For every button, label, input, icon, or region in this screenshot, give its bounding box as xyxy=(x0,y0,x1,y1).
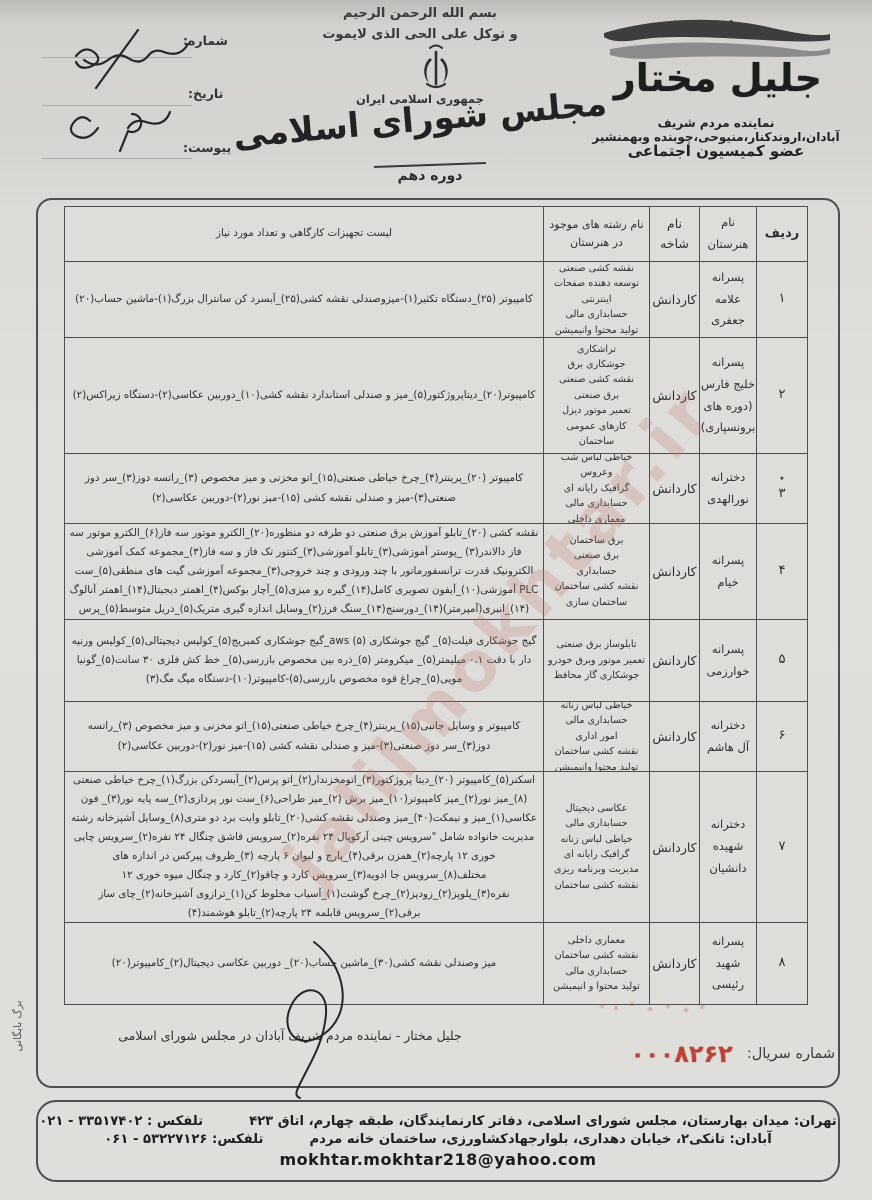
column-header: ردیف xyxy=(757,207,807,261)
table-header-row: ردیفنام هنرستاننام شاخهنام رشته های موجو… xyxy=(65,207,807,261)
table-row: ۶دخترانه آل هاشمکاردانشخیاطی لباس زنانه … xyxy=(65,702,807,771)
branch-name: کاردانش xyxy=(650,923,699,1004)
equipment-list: گیج جوشکاری فیلت(۵)_ گیج جوشکاری aws (۵)… xyxy=(65,620,543,701)
fields-list: خیاطی لباس زنانه حسابداری مالی امور ادار… xyxy=(544,702,649,771)
row-index: ٭۳ xyxy=(757,454,807,523)
column-header: نام رشته های موجود در هنرستان xyxy=(544,207,649,261)
equipment-list: اسکنر(۵)_کامپیوتر (۲۰)_دیتا پروژکتور(۳)_… xyxy=(65,772,543,922)
fields-list: تابلوساز برق صنعتی تعمیر موتور وبرق خودر… xyxy=(544,620,649,701)
bismillah-text: بسم الله الرحمن الرحیم xyxy=(240,6,600,21)
school-name: پسرانه خوارزمی xyxy=(700,620,756,701)
email-address: mokhtar.mokhtar218@yahoo.com xyxy=(279,1150,596,1169)
row-index: ۴ xyxy=(757,524,807,619)
branch-name: کاردانش xyxy=(650,620,699,701)
red-stamp-marks xyxy=(600,1004,604,1008)
row-index: ۶ xyxy=(757,702,807,771)
equipment-table: ردیفنام هنرستاننام شاخهنام رشته های موجو… xyxy=(64,206,808,1005)
row-index: ۱ xyxy=(757,262,807,337)
row-index: ۸ xyxy=(757,923,807,1004)
fields-list: معماری داخلی نقشه کشی ساختمان حسابداری م… xyxy=(544,923,649,1004)
branch-name: کاردانش xyxy=(650,772,699,922)
serial-value: ۰۰۰۸۲۶۲ xyxy=(630,1040,733,1068)
school-name: پسرانه خلیج فارس (دوره های برونسپاری) xyxy=(700,338,756,453)
table-row: ٭۳دخترانه نورالهدیکاردانشخیاطی لباس شب و… xyxy=(65,454,807,523)
row-index: ۲ xyxy=(757,338,807,453)
fields-list: برق ساختمان برق صنعتی حسابداری نقشه کشی … xyxy=(544,524,649,619)
table-row: ۸پسرانه شهید رئیسیکاردانشمعماری داخلی نق… xyxy=(65,923,807,1004)
school-name: پسرانه شهید رئیسی xyxy=(700,923,756,1004)
school-name: دخترانه آل هاشم xyxy=(700,702,756,771)
equipment-list: پراب اسیلوسکوپ(۴)_برد تلفن(۵)_ مولتی متر… xyxy=(65,524,543,619)
serial-number-block: شماره سریال: ۰۰۰۸۲۶۲ xyxy=(555,1040,835,1068)
branch-name: کاردانش xyxy=(650,338,699,453)
tehran-fax: تلفکس : ۳۳۵۱۷۴۰۲ - ۰۲۱ xyxy=(39,1114,203,1129)
fields-list: عکاسی دیجیتال حسابداری مالی خیاطی لباس ز… xyxy=(544,772,649,922)
fields-list: نقشه کشی صنعتی توسعه دهنده صفحات اینترنت… xyxy=(544,262,649,337)
row-index: ۷ xyxy=(757,772,807,922)
fields-list: خیاطی لباس شب وعروس گرافیک رایانه ای حسا… xyxy=(544,454,649,523)
archive-side-label: برگ بایگانی xyxy=(12,986,24,1066)
mp-role: عضو کمیسیون اجتماعی xyxy=(566,142,866,160)
school-name: پسرانه خیام xyxy=(700,524,756,619)
equipment-list: کامپیوتر و وسایل جانبی(۱۵)_پرینتر(۴)_چرخ… xyxy=(65,702,543,771)
branch-name: کاردانش xyxy=(650,454,699,523)
handwritten-signature xyxy=(248,938,378,1100)
column-header: نام شاخه xyxy=(650,207,699,261)
table-row: ۱پسرانه علامه جعفریکاردانشنقشه کشی صنعتی… xyxy=(65,262,807,337)
column-header: لیست تجهیزات کارگاهی و تعداد مورد نیاز xyxy=(65,207,543,261)
table-row: ۵پسرانه خوارزمیکاردانشتابلوساز برق صنعتی… xyxy=(65,620,807,701)
row-index: ۵ xyxy=(757,620,807,701)
fields-list: تراشکاری جوشکاری برق نقشه کشی صنعتی برق … xyxy=(544,338,649,453)
school-name: پسرانه علامه جعفری xyxy=(700,262,756,337)
tehran-address: تهران: میدان بهارستان، مجلس شورای اسلامی… xyxy=(249,1114,837,1129)
branch-name: کاردانش xyxy=(650,262,699,337)
school-name: دخترانه نورالهدی xyxy=(700,454,756,523)
scanned-letter-sheet: شماره: تاریخ: پیوست: بسم الله الرحمن الر… xyxy=(0,0,872,1200)
assembly-term: دوره دهم xyxy=(350,168,510,184)
abadan-address: آبادان: تانکی۲، خیابان دهداری، بلوارجهاد… xyxy=(309,1132,771,1147)
table-row: ۴پسرانه خیامکاردانشبرق ساختمان برق صنعتی… xyxy=(65,524,807,619)
mp-title: نماینده مردم شریف آبادان،اروندکنار،منیوح… xyxy=(566,116,866,144)
branch-name: کاردانش xyxy=(650,702,699,771)
mp-name: جلیل مختار xyxy=(588,56,848,100)
equipment-list: کامپیوتر (۲۰)_پرینتر(۴)_چرخ خیاطی صنعتی(… xyxy=(65,454,543,523)
school-name: دخترانه شهیده دانشیان xyxy=(700,772,756,922)
tavakol-text: و توکل علی الحی الذی لایموت xyxy=(240,27,600,42)
handwriting-ink xyxy=(20,16,230,166)
iran-emblem-icon xyxy=(417,44,455,92)
serial-label: شماره سریال: xyxy=(747,1046,835,1062)
equipment-list: کامپیوتر (۲۵)_دستگاه تکثیر(۱)-میزوصندلی … xyxy=(65,262,543,337)
abadan-fax: تلفکس: ۵۳۲۲۷۱۲۶ - ۰۶۱ xyxy=(104,1132,263,1147)
table-row: ۲پسرانه خلیج فارس (دوره های برونسپاری)کا… xyxy=(65,338,807,453)
branch-name: کاردانش xyxy=(650,524,699,619)
table-row: ۷دخترانه شهیده دانشیانکاردانشعکاسی دیجیت… xyxy=(65,772,807,922)
equipment-list: کامپیوتر(۲۰)_دیتاپروژکتور(۵)_میز و صندلی… xyxy=(65,338,543,453)
footer-address-box: تهران: میدان بهارستان، مجلس شورای اسلامی… xyxy=(36,1100,840,1182)
column-header: نام هنرستان xyxy=(700,207,756,261)
